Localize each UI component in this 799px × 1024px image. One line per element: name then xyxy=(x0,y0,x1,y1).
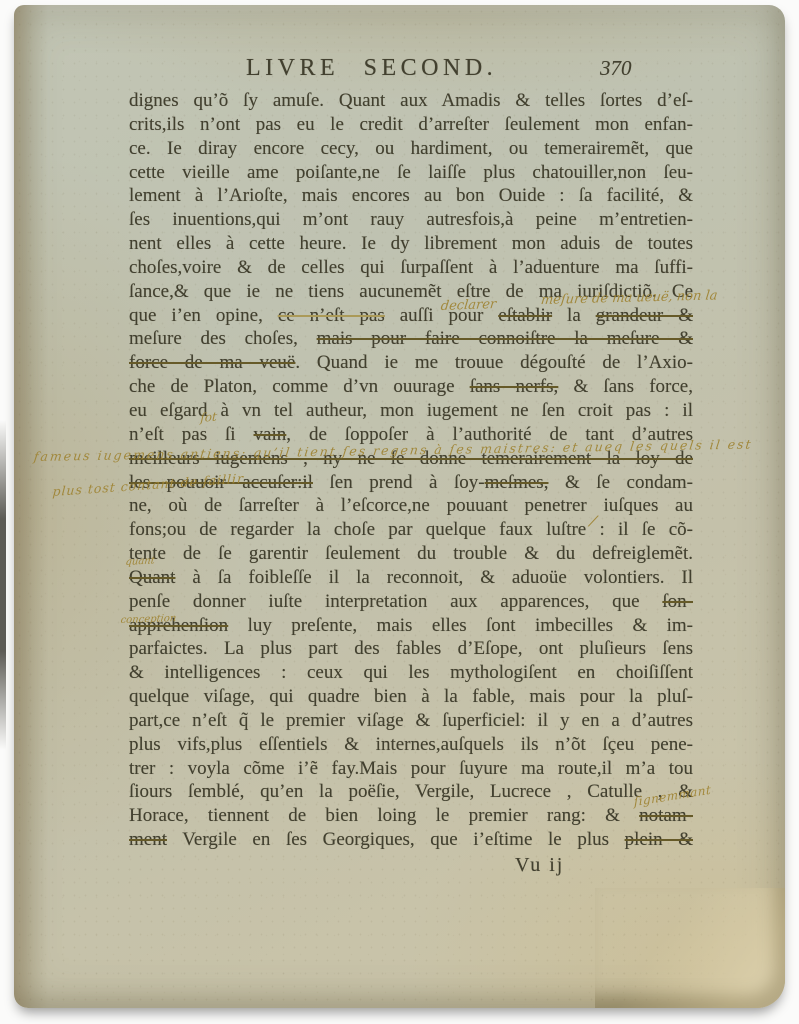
printed-text: ne, où de ſarreſter à l’eſcorce,ne pouua… xyxy=(129,495,693,516)
text-line: ne, où de ſarreſter à l’eſcorce,ne pouua… xyxy=(129,494,693,518)
printed-text: dignes qu’õ ſy amuſe. Quant aux Amadis &… xyxy=(129,90,693,111)
book-page: LIVRE SECOND. 370 dignes qu’õ ſy amuſe. … xyxy=(14,5,785,1008)
printed-text: la xyxy=(552,305,596,326)
printed-text: ſiours ſemblé, qu’en la poëſie, Vergile,… xyxy=(129,781,693,802)
binding-edge xyxy=(0,420,6,750)
printed-text: ſen prend à ſoy- xyxy=(313,472,485,493)
text-line: cette vieille ame poiſante,ne ſe laiſſe … xyxy=(129,161,693,185)
printed-text: part,ce n’eſt q̃ le premier viſage & ſup… xyxy=(129,710,693,731)
printed-text: Horace, tiennent de bien loing le premie… xyxy=(129,805,639,826)
printed-text: Vergile en ſes Georgiques, que i’eſtime … xyxy=(167,829,625,850)
printed-text: meſure des choſes, xyxy=(129,328,317,349)
printed-text: trer : voyla cõme i’ẽ fay.Mais pour ſuyu… xyxy=(129,758,693,779)
page-header-title: LIVRE SECOND. xyxy=(246,55,497,82)
handwritten-annotation: declarer xyxy=(440,297,497,314)
struck-text: notam- xyxy=(639,805,693,826)
printed-text: luy preſente, mais elles ſont imbecilles… xyxy=(228,615,693,636)
handwritten-annotation: ſot xyxy=(200,409,217,425)
text-line: parfaictes. La plus part des fables d’Eſ… xyxy=(129,637,693,661)
text-line: choſes,voire & de celles qui ſurpaſſent … xyxy=(129,256,693,280)
text-line: lement à l’Arioſte, mais encores au bon … xyxy=(129,184,693,208)
text-line: crits,ils n’ont pas eu le credit d’arreſ… xyxy=(129,113,693,137)
printed-text: tente de ſe garentir ſeulement du troubl… xyxy=(129,543,693,564)
text-line: penſe donner iuſte interpretation aux ap… xyxy=(129,590,693,614)
struck-text: ment xyxy=(129,829,167,850)
text-line: force de ma veuë. Quand ie me trouue dég… xyxy=(129,351,693,375)
text-line: trer : voyla cõme i’ẽ fay.Mais pour ſuyu… xyxy=(129,757,693,781)
printed-text: choſes,voire & de celles qui ſurpaſſent … xyxy=(129,257,693,278)
printed-text: n’eſt pas ſi xyxy=(129,424,254,445)
text-line: & intelligences : ceux qui les mythologi… xyxy=(129,661,693,685)
printed-text: à ſa foibleſſe il la reconnoit, & aduoüe… xyxy=(175,567,693,588)
page-number: 370 xyxy=(600,56,632,81)
text-line: part,ce n’eſt q̃ le premier viſage & ſup… xyxy=(129,709,693,733)
body-text: dignes qu’õ ſy amuſe. Quant aux Amadis &… xyxy=(129,89,693,852)
printed-text: ce. Ie diray encore cecy, ou hardiment, … xyxy=(129,138,693,159)
struck-text: vain xyxy=(254,424,287,445)
page-corner-curl xyxy=(595,888,785,1008)
struck-text: grandeur & xyxy=(596,305,693,326)
struck-text: meſmes, xyxy=(485,472,549,493)
text-line: ce. Ie diray encore cecy, ou hardiment, … xyxy=(129,137,693,161)
printed-text: crits,ils n’ont pas eu le credit d’arreſ… xyxy=(129,114,693,135)
printed-text: cette vieille ame poiſante,ne ſe laiſſe … xyxy=(129,162,693,183)
struck-text: plein & xyxy=(625,829,693,850)
text-line: Horace, tiennent de bien loing le premie… xyxy=(129,804,693,828)
printed-text: penſe donner iuſte interpretation aux ap… xyxy=(129,591,662,612)
printed-text: parfaictes. La plus part des fables d’Eſ… xyxy=(129,638,693,659)
text-line: che de Platon, comme d’vn ouurage ſans n… xyxy=(129,375,693,399)
printed-text: che de Platon, comme d’vn ouurage xyxy=(129,376,470,397)
printed-text: nent elles à cette heure. Ie dy libremen… xyxy=(129,233,693,254)
text-line: dignes qu’õ ſy amuſe. Quant aux Amadis &… xyxy=(129,89,693,113)
printed-text: plus vifs,plus eſſentiels & internes,auſ… xyxy=(129,734,693,755)
text-line: meſure des choſes, mais pour faire conno… xyxy=(129,327,693,351)
text-line: nent elles à cette heure. Ie dy libremen… xyxy=(129,232,693,256)
text-line: quelque viſage, qui quadre bien à la fab… xyxy=(129,685,693,709)
handwritten-annotation: conception xyxy=(120,613,177,626)
printed-text: que i’en opine, xyxy=(129,305,278,326)
text-line: Quant à ſa foibleſſe il la reconnoit, & … xyxy=(129,566,693,590)
printed-text: & intelligences : ceux qui les mythologi… xyxy=(129,662,693,683)
printed-text: & ſe condam- xyxy=(548,472,693,493)
handwritten-annotation: quant xyxy=(125,555,155,568)
text-line: ſes inuentions,qui m’ont rauy autresfois… xyxy=(129,208,693,232)
struck-text: ſans nerfs, xyxy=(470,376,559,397)
text-line: que i’en opine, ce n’eſt pas auſſi pour … xyxy=(129,304,693,328)
text-line: tente de ſe garentir ſeulement du troubl… xyxy=(129,542,693,566)
printed-text: fons;ou de regarder la choſe par quelque… xyxy=(129,519,693,540)
page-left-edge xyxy=(14,5,48,1008)
printed-text: quelque viſage, qui quadre bien à la fab… xyxy=(129,686,693,707)
printed-text: lement à l’Arioſte, mais encores au bon … xyxy=(129,185,693,206)
text-line: apprehenſion luy preſente, mais elles ſo… xyxy=(129,614,693,638)
printed-text: & ſans force, xyxy=(558,376,693,397)
struck-text: force de ma veuë xyxy=(129,352,295,373)
text-line: ſiours ſemblé, qu’en la poëſie, Vergile,… xyxy=(129,780,693,804)
text-line: fons;ou de regarder la choſe par quelque… xyxy=(129,518,693,542)
signature-mark: Vu ij xyxy=(515,854,564,877)
text-line: plus vifs,plus eſſentiels & internes,auſ… xyxy=(129,733,693,757)
struck-text: Quant xyxy=(129,567,175,588)
scanned-book-photo: LIVRE SECOND. 370 dignes qu’õ ſy amuſe. … xyxy=(0,0,799,1024)
printed-text: . Quand ie me trouue dégouſté de l’Axio- xyxy=(295,352,693,373)
struck-text: ſon- xyxy=(662,591,693,612)
struck-text: ce n’eſt pas xyxy=(278,305,385,326)
struck-text: mais pour faire connoiſtre la meſure & xyxy=(317,328,693,349)
printed-text: ſes inuentions,qui m’ont rauy autresfois… xyxy=(129,209,693,230)
text-line: ment Vergile en ſes Georgiques, que i’eſ… xyxy=(129,828,693,852)
